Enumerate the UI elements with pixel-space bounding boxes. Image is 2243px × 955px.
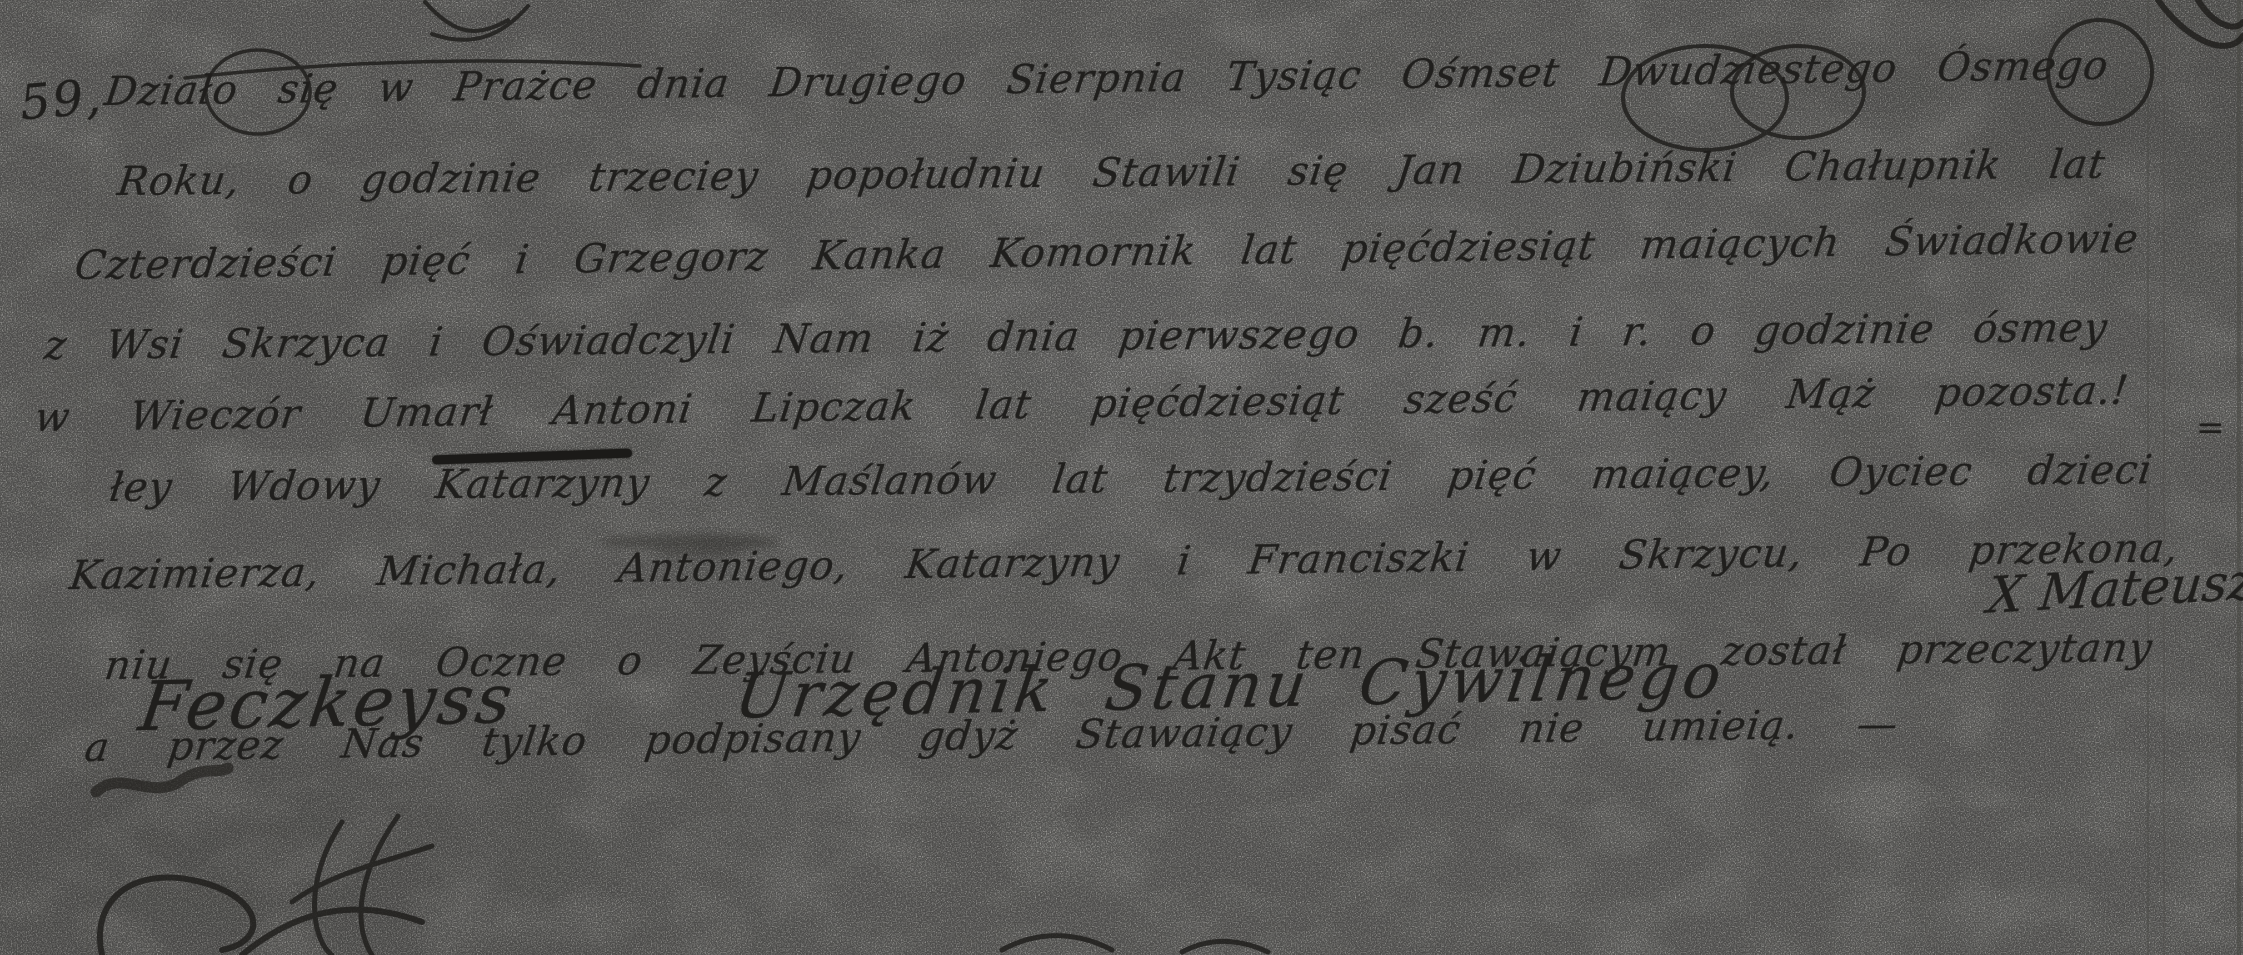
- cropped-flourish-top-right: [2158, 0, 2243, 46]
- register-page-scan: 59, Działo się w Prażce dnia Drugiego Si…: [0, 0, 2243, 955]
- capital-loop: [206, 50, 310, 134]
- signature-paraph: [292, 816, 432, 955]
- cropped-flourish-top-center: [425, 2, 528, 40]
- cropped-flourish-bottom-left: [100, 877, 422, 955]
- ink-flourishes: [0, 0, 2243, 955]
- bold-squiggle: [96, 768, 228, 792]
- capital-loop: [2048, 20, 2152, 124]
- crossbar-flourish: [185, 61, 640, 78]
- capital-loop: [1732, 46, 1864, 138]
- capital-loop: [1623, 46, 1787, 150]
- cropped-flourish-bottom-center: [1002, 936, 1268, 952]
